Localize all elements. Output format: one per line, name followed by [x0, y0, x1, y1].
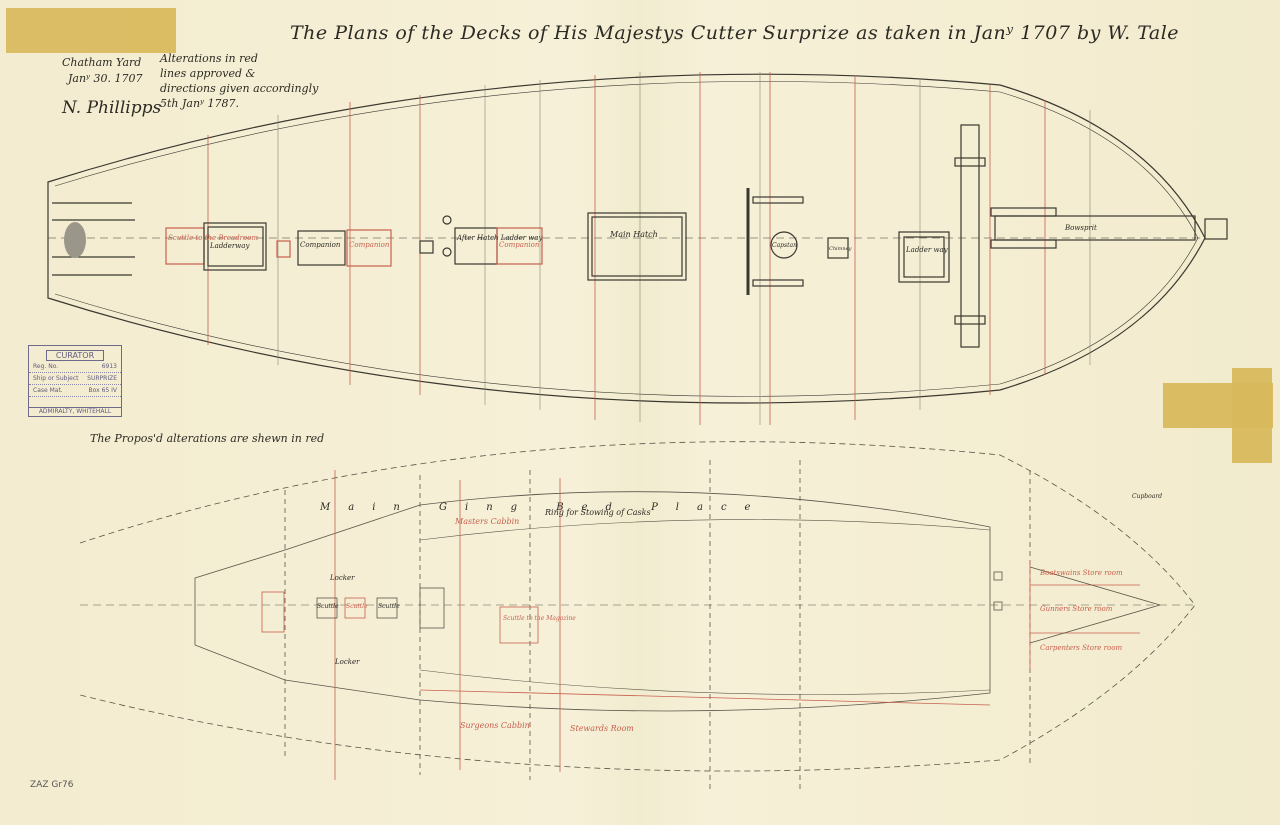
label-capstan: Capstan: [772, 242, 797, 249]
plan-sheet: The Plans of the Decks of His Majestys C…: [0, 0, 1280, 825]
label-ladder-way: Ladder way: [905, 246, 949, 254]
label-locker-1: Locker: [329, 574, 355, 582]
label-stewards-room: Stewards Room: [570, 724, 634, 733]
label-stowing-casks: Ring for Stowing of Casks: [544, 508, 651, 517]
label-main-hatch: Main Hatch: [609, 230, 658, 239]
label-main-platform: Main Ging Bed Place: [319, 502, 768, 513]
label-scuttle-2: Scuttle: [346, 603, 368, 610]
label-chimney: Chimney: [829, 246, 852, 252]
label-carpenter-store: Carpenters Store room: [1040, 644, 1122, 652]
label-bowsprit: Bowsprit: [1064, 224, 1097, 232]
label-gunner-store: Gunners Store room: [1040, 605, 1113, 613]
label-cupboard: Cupboard: [1132, 493, 1162, 500]
deck-plans-drawing: Scuttle to the Breadroom Ladderway Compa…: [0, 0, 1280, 825]
label-scuttle-breadroom: Scuttle to the Breadroom: [168, 234, 258, 242]
label-masters-cabin: Masters Cabbin: [454, 517, 519, 526]
label-companion-3: Companion: [499, 241, 540, 249]
label-companion-1: Companion: [300, 241, 341, 249]
label-boatswain-store: Boatswains Store room: [1039, 569, 1123, 577]
label-scuttle-magazine: Scuttle to the Magazine: [503, 615, 576, 622]
label-ladderway: Ladderway: [209, 242, 250, 250]
label-companion-2: Companion: [349, 241, 390, 249]
lower-deck-plan: [80, 442, 1195, 790]
label-surgeons-cabin: Surgeons Cabbin: [460, 721, 530, 730]
label-locker-2: Locker: [334, 658, 360, 666]
label-scuttle-3: Scuttle: [378, 603, 400, 610]
label-scuttle-1: Scuttle: [317, 603, 339, 610]
